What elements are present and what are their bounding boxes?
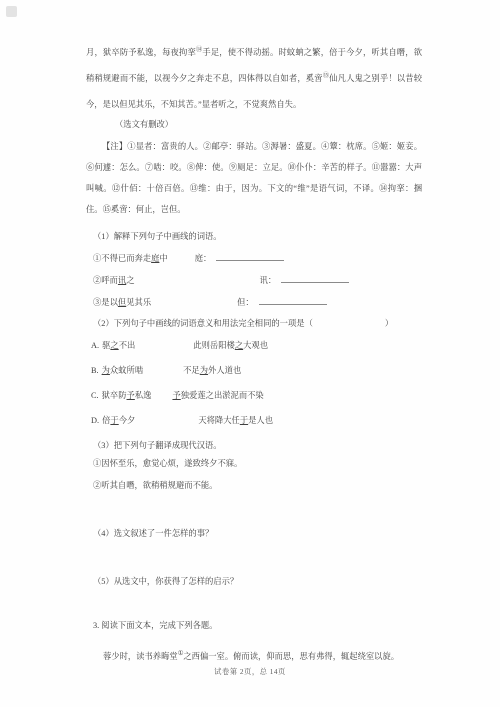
section-3-stem: 3. 阅读下面文本，完成下列各题。 — [86, 619, 422, 633]
option-label: A. — [91, 341, 99, 350]
q1-term-label: 庭： — [195, 254, 212, 263]
text-segment: 众蚊所啮 — [110, 366, 143, 375]
option-right-phrase: 予独爱莲之出淤泥而不染 — [172, 391, 263, 400]
option-right-phrase: 不足为外人道也 — [183, 366, 241, 375]
text-segment: 狱卒防 — [102, 391, 127, 400]
option-row-b: B.为众蚊所啮不足为外人道也 — [86, 358, 422, 383]
q3-sentence-2: ②听其自噆，欲稍稍规避而不能。 — [86, 475, 422, 497]
option-left-phrase: 倍于今夕 — [102, 416, 135, 425]
option-left-phrase: 驱之不出 — [102, 341, 135, 350]
text-segment: 外人道也 — [208, 366, 241, 375]
option-label: B. — [91, 366, 99, 375]
answer-blank — [216, 251, 284, 261]
section-3-passage: 蓉少时，读书养晦堂①之西偏一室。俯而读，仰而思，思有弗得，辄起绕室以旋。 — [86, 646, 422, 668]
text-segment: ③是以 — [93, 298, 118, 307]
text-segment: 见其乐 — [126, 298, 151, 307]
answer-blank — [281, 273, 349, 283]
option-row-a: A.驱之不出此则岳阳楼之大观也 — [86, 333, 422, 358]
page-content: 月，狱卒防予私逸，每夜拘挛⑭手足，使不得动摇。时蚊蚋之繁，倍于今夕，听其自噆，欲… — [86, 40, 422, 668]
underlined-word: 之 — [235, 341, 243, 350]
option-right-phrase: 此则岳阳楼之大观也 — [193, 341, 268, 350]
q1-term-label: 讯： — [260, 276, 277, 285]
q1-item-row: ③是以但见其乐但： — [86, 292, 422, 314]
q1-item-row: ②呼而讯之讯： — [86, 270, 422, 292]
q1-item-row: ①不得已而奔走庭中庭： — [86, 248, 422, 270]
question-1-stem: （1）解释下列句子中画线的词语。 — [86, 230, 422, 244]
reading-passage: 月，狱卒防予私逸，每夜拘挛⑭手足，使不得动摇。时蚊蚋之繁，倍于今夕，听其自噆，欲… — [86, 40, 422, 118]
text-segment: 独爱莲之出淤泥而不染 — [181, 391, 264, 400]
passage-text-segment: 蓉少时，读书养晦堂 — [103, 652, 178, 661]
underlined-word: 为 — [200, 366, 208, 375]
question-2-stem: （2）下列句子中画线的词语意义和用法完全相同的一项是（） — [86, 317, 422, 331]
q1-term-label: 但： — [237, 298, 254, 307]
question-5-stem: （5）从选文中，你获得了怎样的启示？ — [86, 575, 422, 589]
text-segment: ①不得已而奔走 — [93, 254, 151, 263]
question-4-stem: （4）选文叙述了一件怎样的事？ — [86, 527, 422, 541]
underlined-word: 予 — [127, 391, 135, 400]
text-segment: 大观也 — [243, 341, 268, 350]
option-left-phrase: 为众蚊所啮 — [102, 366, 144, 375]
underlined-word: 之 — [110, 341, 118, 350]
underlined-word: 但 — [118, 298, 126, 307]
text-segment: ） — [385, 319, 393, 328]
underlined-word: 于 — [240, 416, 248, 425]
option-label: C. — [91, 391, 99, 400]
passage-text-segment: 月，狱卒防予私逸，每夜拘挛 — [86, 48, 196, 57]
text-segment: 是人也 — [248, 416, 273, 425]
text-segment: （2）下列句子中画线的词语意义和用法完全相同的一项是（ — [93, 319, 313, 328]
underlined-word: 予 — [172, 391, 180, 400]
q1-sentence: ②呼而讯之 — [93, 276, 135, 285]
passage-text-segment: 之西偏一室。俯而读，仰而思，思有弗得，辄起绕室以旋。 — [183, 652, 399, 661]
text-segment: 私逸 — [135, 391, 152, 400]
exam-paper-page: 月，狱卒防予私逸，每夜拘挛⑭手足，使不得动摇。时蚊蚋之繁，倍于今夕，听其自噆，欲… — [0, 0, 500, 707]
q3-sentence-1: ①因怀至乐，愈觉心烦，遂致终夕不寐。 — [86, 453, 422, 475]
option-row-d: D.倍于今夕天将降大任于是人也 — [86, 408, 422, 433]
source-note: （选文有删改） — [86, 118, 422, 132]
underlined-word: 于 — [110, 416, 118, 425]
scan-corner-artifact — [6, 6, 17, 17]
question-2-options: A.驱之不出此则岳阳楼之大观也 B.为众蚊所啮不足为外人道也 C.狱卒防予私逸予… — [86, 333, 422, 433]
option-row-c: C.狱卒防予私逸予独爱莲之出淤泥而不染 — [86, 383, 422, 408]
question-3-stem: （3）把下列句子翻译成现代汉语。 — [86, 439, 422, 453]
text-segment: 不足 — [183, 366, 200, 375]
answer-blank — [259, 295, 327, 305]
underlined-word: 讯 — [118, 276, 126, 285]
q1-sentence: ③是以但见其乐 — [93, 298, 151, 307]
option-left-phrase: 狱卒防予私逸 — [102, 391, 152, 400]
text-segment: 之 — [126, 276, 134, 285]
underlined-word: 为 — [102, 366, 110, 375]
text-segment: 中 — [159, 254, 167, 263]
q1-sentence: ①不得已而奔走庭中 — [93, 254, 168, 263]
text-segment: 天将降大任 — [198, 416, 240, 425]
option-right-phrase: 天将降大任于是人也 — [198, 416, 273, 425]
text-segment: 不出 — [119, 341, 136, 350]
option-label: D. — [91, 416, 99, 425]
text-segment: ②呼而 — [93, 276, 118, 285]
question-1-items: ①不得已而奔走庭中庭： ②呼而讯之讯： ③是以但见其乐但： — [86, 248, 422, 314]
text-segment: 此则岳阳楼 — [193, 341, 235, 350]
page-footer: 试卷第 2页，总 14页 — [0, 667, 500, 677]
annotations-paragraph: 【注】①显者：富贵的人。②邮亭：驿站。③溽暑：盛夏。④簟：枕席。⑤姬：姬妾。⑥何… — [86, 136, 422, 220]
text-segment: 今夕 — [119, 416, 136, 425]
